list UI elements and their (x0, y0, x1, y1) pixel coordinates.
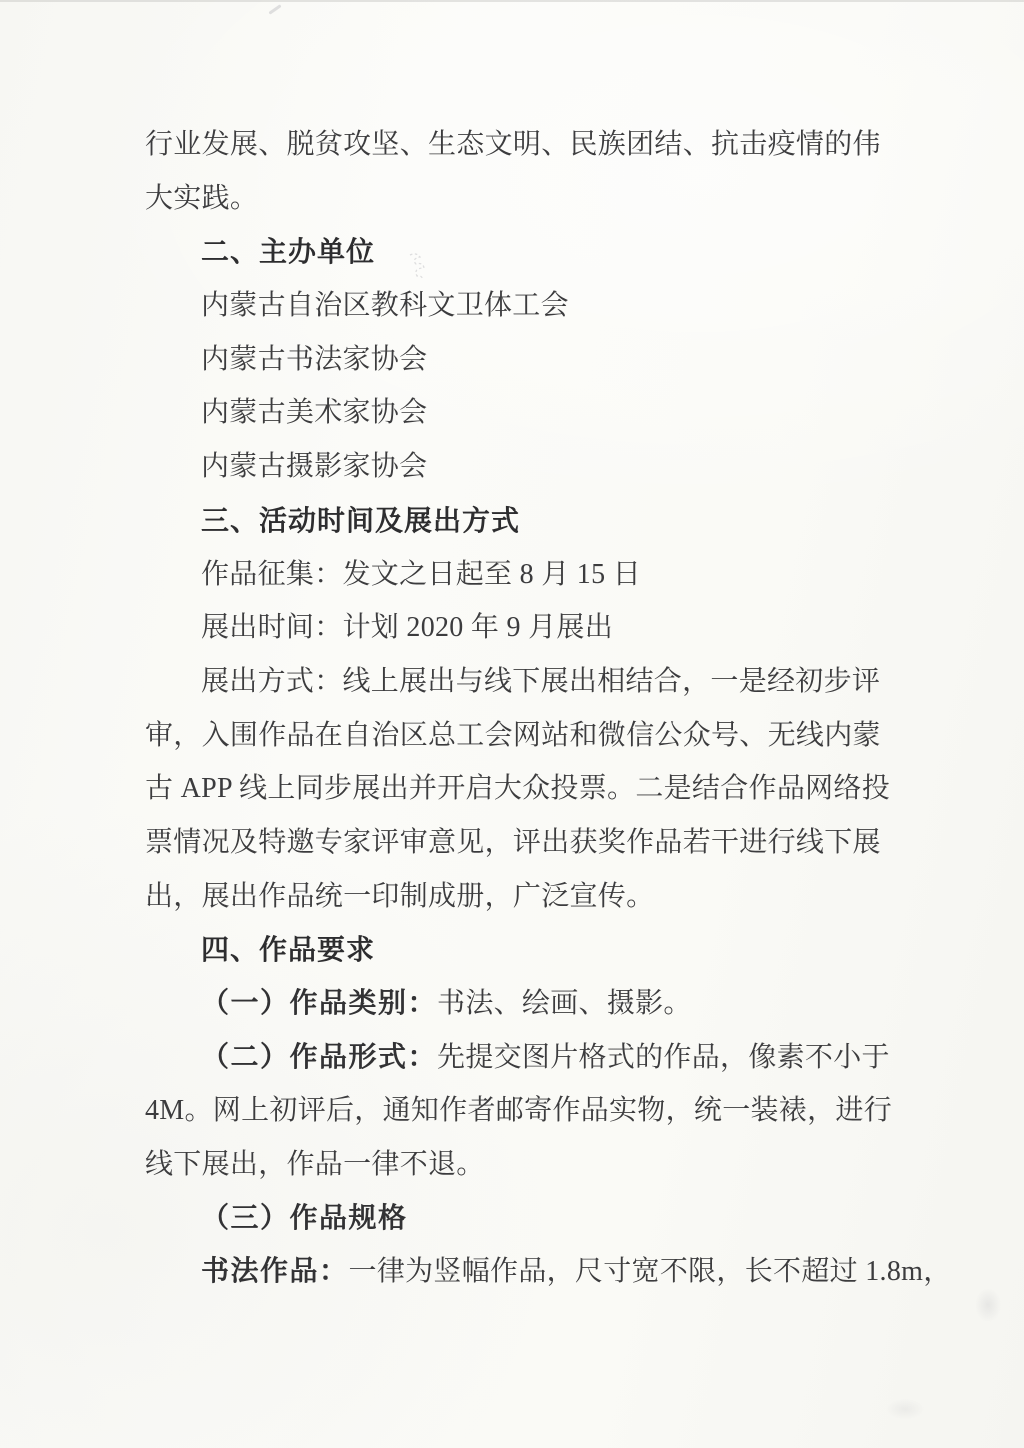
scan-artifact-speck (975, 1288, 1001, 1322)
body-text: 展出时间：计划 2020 年 9 月展出 (201, 612, 613, 643)
document-line: （三）作品规格 (145, 1192, 890, 1246)
document-line: 三、活动时间及展出方式 (145, 494, 890, 548)
bold-label-text: （二）作品形式： (201, 1042, 437, 1073)
scan-artifact-speck (885, 1398, 925, 1420)
body-text: 出，展出作品统一印制成册，广泛宣传。 (145, 881, 654, 912)
document-line: 作品征集：发文之日起至 8 月 15 日 (145, 548, 890, 602)
document-line: 二、主办单位 (145, 225, 890, 279)
scanned-document-page: 行业发展、脱贫攻坚、生态文明、民族团结、抗击疫情的伟大实践。二、主办单位内蒙古自… (0, 0, 1024, 1448)
body-text: 古 APP 线上同步展出并开启大众投票。二是结合作品网络投 (145, 773, 890, 804)
section-heading-text: 四、作品要求 (201, 934, 375, 965)
document-line: 四、作品要求 (145, 923, 890, 977)
body-text: 一律为竖幅作品，尺寸宽不限，长不超过 1.8m， (349, 1256, 952, 1287)
document-line: （一）作品类别：书法、绘画、摄影。 (145, 977, 890, 1031)
body-text: 书法、绘画、摄影。 (437, 988, 692, 1019)
document-line: 古 APP 线上同步展出并开启大众投票。二是结合作品网络投 (145, 762, 890, 816)
document-line: 行业发展、脱贫攻坚、生态文明、民族团结、抗击疫情的伟 (145, 118, 890, 172)
scan-artifact-smudge (403, 252, 429, 284)
body-text: 线下展出，作品一律不退。 (145, 1149, 485, 1180)
body-text: 审，入围作品在自治区总工会网站和微信公众号、无线内蒙 (145, 720, 881, 751)
body-text: 大实践。 (145, 183, 258, 214)
body-text: 内蒙古书法家协会 (201, 344, 427, 375)
body-text: 内蒙古美术家协会 (201, 397, 427, 428)
document-line: 审，入围作品在自治区总工会网站和微信公众号、无线内蒙 (145, 709, 890, 763)
document-body: 行业发展、脱贫攻坚、生态文明、民族团结、抗击疫情的伟大实践。二、主办单位内蒙古自… (145, 118, 890, 1299)
document-line: 内蒙古自治区教科文卫体工会 (145, 279, 890, 333)
section-heading-text: 二、主办单位 (201, 236, 375, 267)
document-line: 展出方式：线上展出与线下展出相结合，一是经初步评 (145, 655, 890, 709)
body-text: 作品征集：发文之日起至 8 月 15 日 (201, 559, 641, 590)
document-line: 内蒙古书法家协会 (145, 333, 890, 387)
body-text: 展出方式：线上展出与线下展出相结合，一是经初步评 (201, 666, 880, 697)
body-text: 票情况及特邀专家评审意见，评出获奖作品若干进行线下展 (145, 827, 881, 858)
bold-label-text: 书法作品： (201, 1256, 349, 1287)
document-line: 出，展出作品统一印制成册，广泛宣传。 (145, 870, 890, 924)
document-line: （二）作品形式：先提交图片格式的作品，像素不小于 (145, 1031, 890, 1085)
section-heading-text: 三、活动时间及展出方式 (201, 505, 520, 536)
document-line: 大实践。 (145, 172, 890, 226)
body-text: 行业发展、脱贫攻坚、生态文明、民族团结、抗击疫情的伟 (145, 129, 881, 160)
document-line: 展出时间：计划 2020 年 9 月展出 (145, 601, 890, 655)
document-line: 书法作品：一律为竖幅作品，尺寸宽不限，长不超过 1.8m， (145, 1245, 890, 1299)
body-text: 4M。网上初评后，通知作者邮寄作品实物，统一装裱，进行 (145, 1095, 892, 1126)
body-text: 先提交图片格式的作品，像素不小于 (437, 1042, 890, 1073)
body-text: 内蒙古摄影家协会 (201, 451, 427, 482)
document-line: 4M。网上初评后，通知作者邮寄作品实物，统一装裱，进行 (145, 1084, 890, 1138)
bold-label-text: （一）作品类别： (201, 988, 437, 1019)
body-text: 内蒙古自治区教科文卫体工会 (201, 290, 569, 321)
document-line: 内蒙古摄影家协会 (145, 440, 890, 494)
document-line: 线下展出，作品一律不退。 (145, 1138, 890, 1192)
scan-artifact-speck (268, 4, 281, 14)
document-line: 票情况及特邀专家评审意见，评出获奖作品若干进行线下展 (145, 816, 890, 870)
bold-label-text: （三）作品规格 (201, 1203, 408, 1234)
document-line: 内蒙古美术家协会 (145, 386, 890, 440)
